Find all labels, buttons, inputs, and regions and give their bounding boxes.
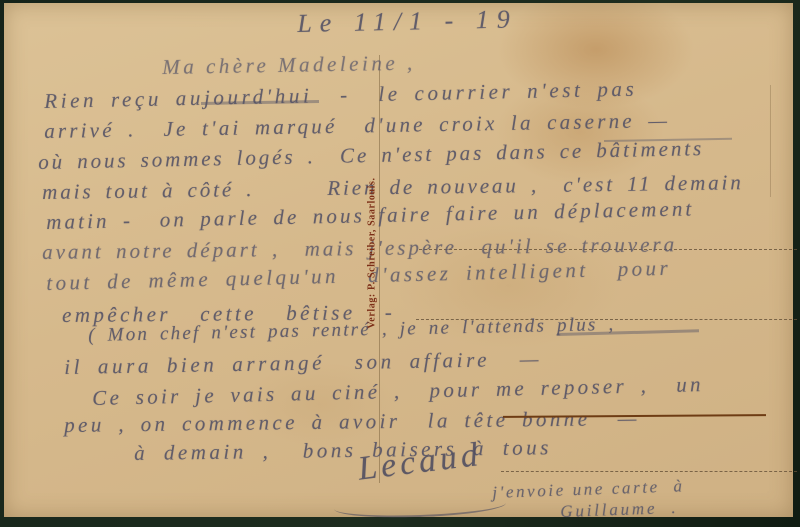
handwriting-line: il aura bien arrangé son affaire — [64, 347, 542, 380]
handwriting-line: Ce soir je vais au ciné , pour me repose… [92, 372, 704, 411]
postcard-photo: Le 11/1 - 19 Ma chère Madeleine , Rien r… [0, 0, 800, 527]
faint-vertical-line [770, 85, 771, 197]
handwriting-line: peu , on commence à avoir la tête bonne … [64, 406, 640, 438]
printed-address-line [501, 471, 797, 472]
handwriting-line: Rien reçu aujourd'hui - le courrier n'es… [44, 77, 638, 114]
signature-flourish [334, 492, 507, 520]
postcard-back: Le 11/1 - 19 Ma chère Madeleine , Rien r… [4, 3, 793, 517]
publisher-imprint: Verlag: P. Schreiber, Saarlouis. [367, 177, 378, 328]
postscript-line: Guillaume . [560, 498, 679, 522]
handwritten-date: Le 11/1 - 19 [297, 4, 518, 39]
handwriting-line: à demain , bons baisers à tous [134, 435, 552, 466]
handwritten-salutation: Ma chère Madeleine , [162, 51, 416, 80]
